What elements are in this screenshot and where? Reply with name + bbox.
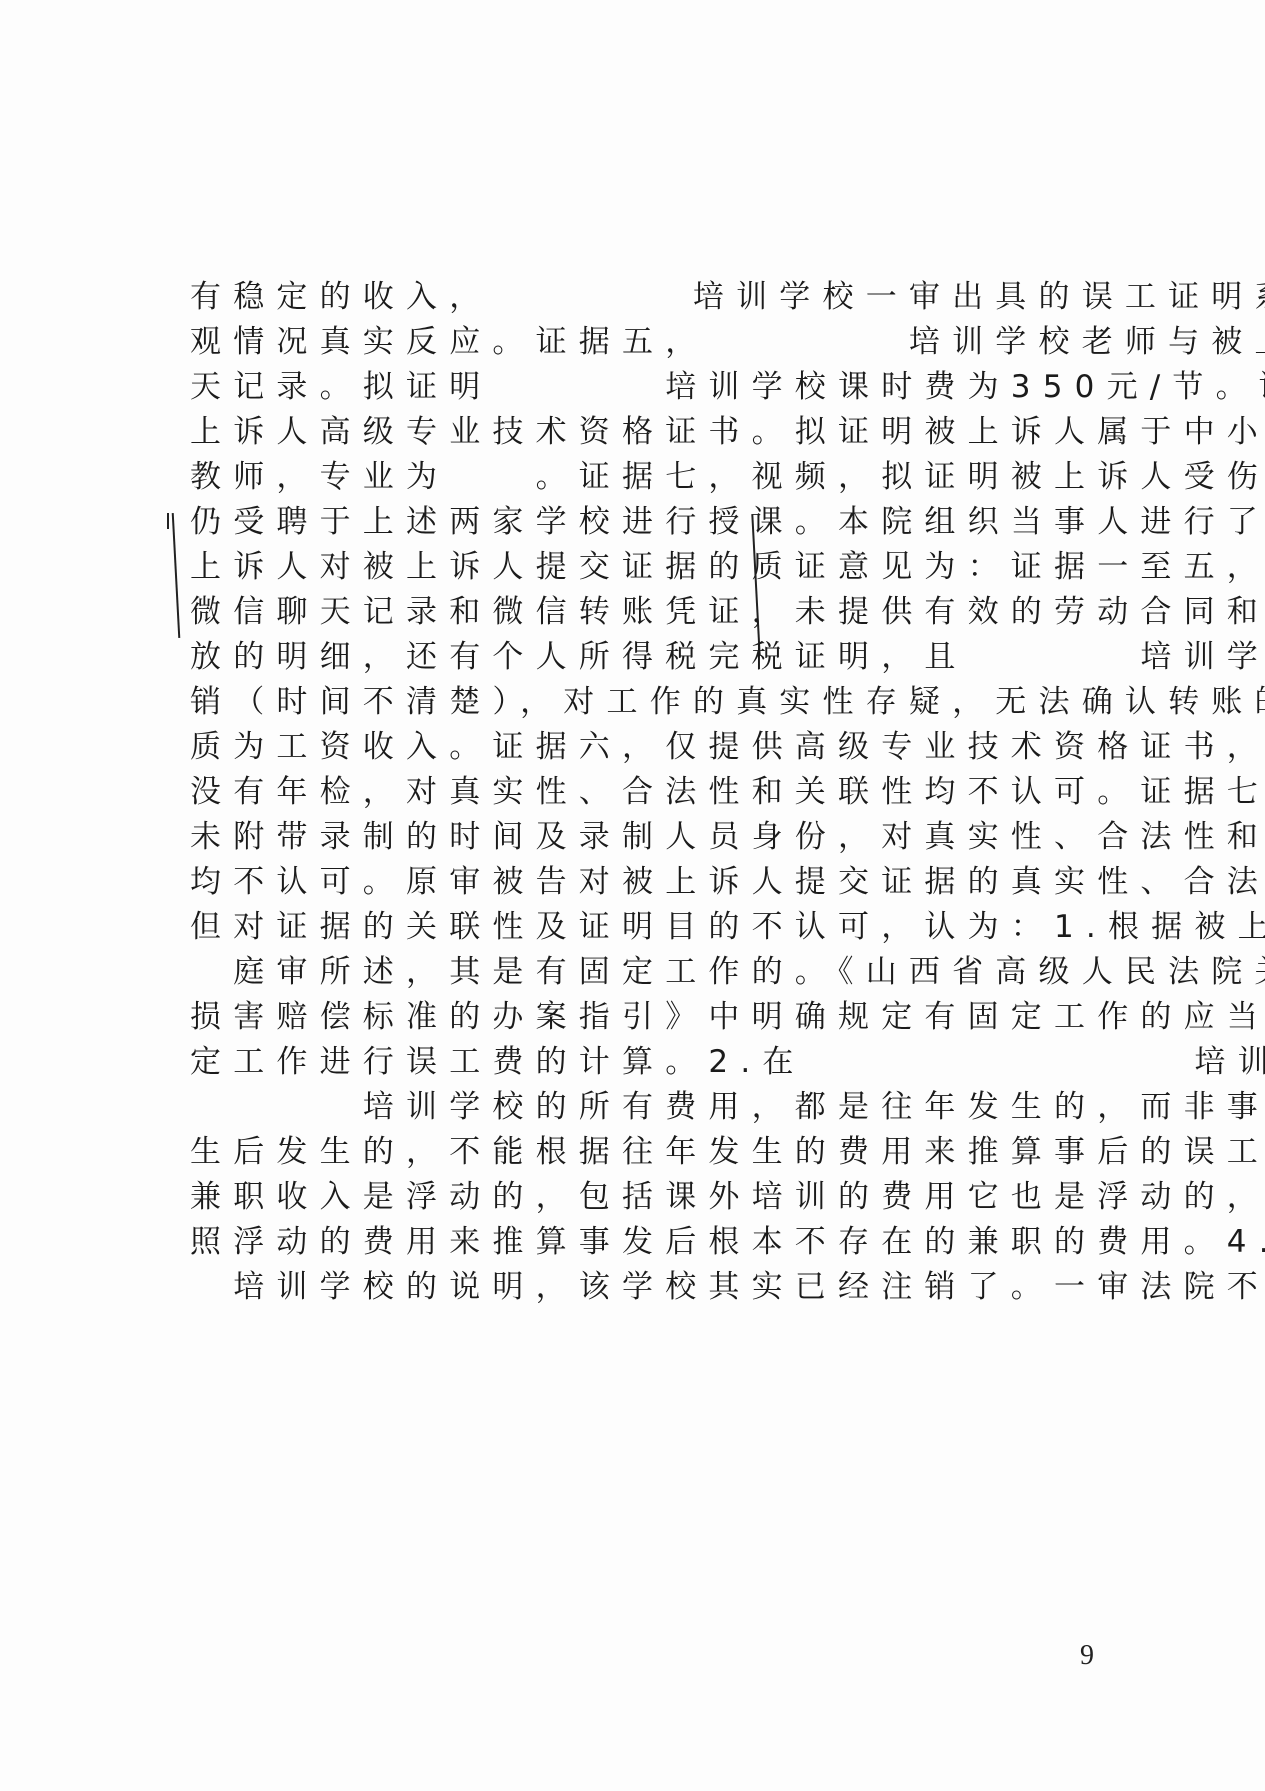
text-line-18: 定工作进行误工费的计算。2.在 培训学校和 [190, 1037, 1265, 1087]
text-line-5: 教师，专业为 。证据七，视频，拟证明被上诉人受伤恢复后， [190, 452, 1265, 502]
text-line-2: 观情况真实反应。证据五， 培训学校老师与被上诉人聊 [190, 317, 1265, 367]
margin-pen-mark-left-short [167, 513, 169, 529]
text-line-9: 放的明细，还有个人所得税完税证明，且 培训学校已注 [190, 632, 1265, 682]
text-line-8: 微信聊天记录和微信转账凭证，未提供有效的劳动合同和工资发 [190, 587, 1265, 637]
text-line-3: 天记录。拟证明 培训学校课时费为350元/节。证据六，被 [190, 362, 1265, 412]
text-line-13: 未附带录制的时间及录制人员身份，对真实性、合法性和关联性 [190, 812, 1265, 862]
document-page: 有稳定的收入， 培训学校一审出具的误工证明系基于客 观情况真实反应。证据五， 培… [0, 0, 1265, 1791]
text-line-21: 兼职收入是浮动的，包括课外培训的费用它也是浮动的，不能按 [190, 1172, 1265, 1222]
text-line-17: 损害赔偿标准的办案指引》中明确规定有固定工作的应当按照固 [190, 992, 1265, 1042]
text-line-15: 但对证据的关联性及证明目的不认可，认为：1.根据被上诉人陈 [190, 902, 1265, 952]
text-line-10: 销（时间不清楚），对工作的真实性存疑，无法确认转账的款项性 [190, 677, 1265, 727]
text-line-7: 上诉人对被上诉人提交证据的质证意见为：证据一至五，仅提供 [190, 542, 1265, 592]
text-line-11: 质为工资收入。证据六，仅提供高级专业技术资格证书，证书上 [190, 722, 1265, 772]
text-line-19: 培训学校的所有费用，都是往年发生的，而非事故发 [190, 1082, 1265, 1132]
text-line-23: 培训学校的说明，该学校其实已经注销了。一审法院不能根 [190, 1262, 1265, 1312]
text-line-6: 仍受聘于上述两家学校进行授课。本院组织当事人进行了质证。 [190, 497, 1265, 547]
text-line-22: 照浮动的费用来推算事发后根本不存在的兼职的费用。4.关于 [190, 1217, 1265, 1267]
text-line-16: 庭审所述，其是有固定工作的。《山西省高级人民法院关于人身 [190, 947, 1265, 997]
page-number: 9 [1080, 1640, 1094, 1672]
text-line-20: 生后发生的，不能根据往年发生的费用来推算事后的误工费。3. [190, 1127, 1265, 1177]
text-line-1: 有稳定的收入， 培训学校一审出具的误工证明系基于客 [190, 272, 1265, 322]
text-line-14: 均不认可。原审被告对被上诉人提交证据的真实性、合法性认可， [190, 857, 1265, 907]
text-line-12: 没有年检，对真实性、合法性和关联性均不认可。证据七，视频 [190, 767, 1265, 817]
text-line-4: 上诉人高级专业技术资格证书。拟证明被上诉人属于中小学高级 [190, 407, 1265, 457]
margin-pen-mark-left [172, 513, 181, 638]
